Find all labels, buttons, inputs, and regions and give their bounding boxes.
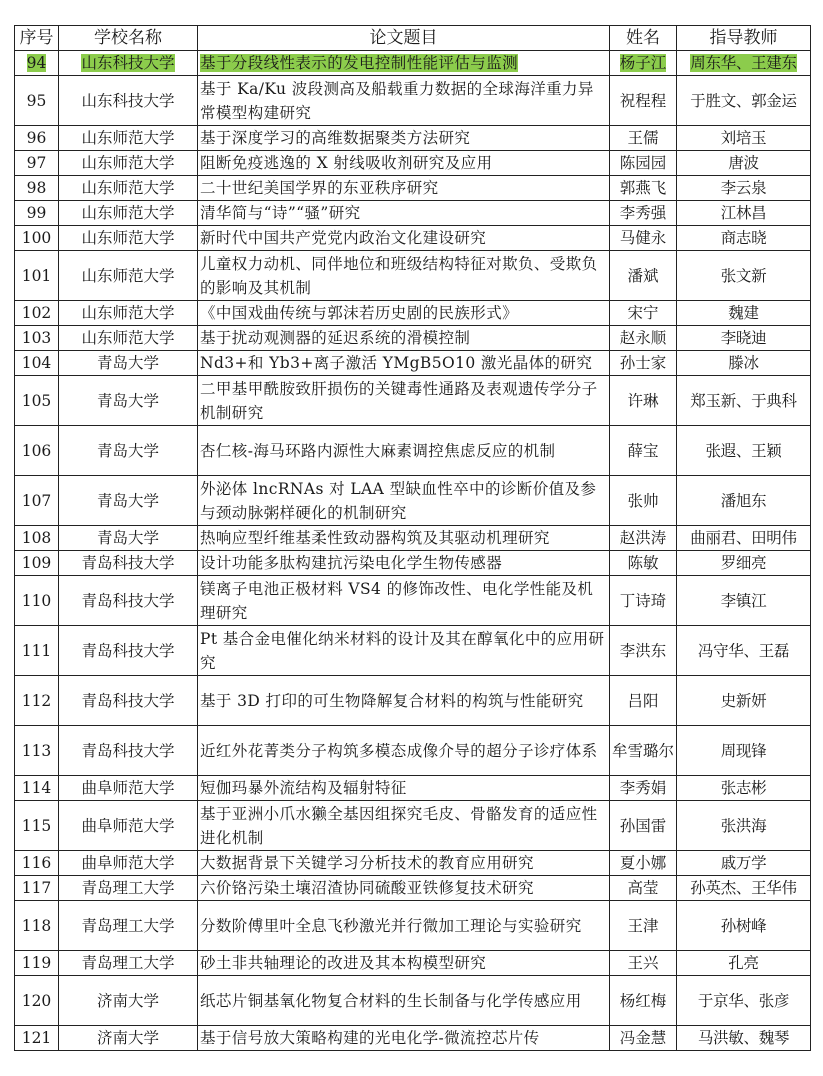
cell-school: 青岛理工大学: [59, 876, 198, 901]
cell-title: 分数阶傅里叶全息飞秒激光并行微加工理论与实验研究: [198, 901, 610, 951]
cell-name: 丁诗琦: [610, 576, 677, 626]
cell-no: 115: [15, 801, 59, 851]
cell-no: 100: [15, 226, 59, 251]
table-row: 108青岛大学热响应型纤维基柔性致动器构筑及其驱动机理研究赵洪涛曲丽君、田明伟: [15, 526, 811, 551]
table-row: 96山东师范大学基于深度学习的高维数据聚类方法研究王儒刘培玉: [15, 126, 811, 151]
cell-advisor: 于胜文、郭金运: [677, 76, 811, 126]
table-row: 98山东师范大学二十世纪美国学界的东亚秩序研究郭燕飞李云泉: [15, 176, 811, 201]
cell-name: 夏小娜: [610, 851, 677, 876]
cell-no: 113: [15, 726, 59, 776]
cell-school: 山东师范大学: [59, 126, 198, 151]
cell-no: 109: [15, 551, 59, 576]
cell-title: 基于 Ka/Ku 波段测高及船载重力数据的全球海洋重力异常模型构建研究: [198, 76, 610, 126]
header-row: 序号 学校名称 论文题目 姓名 指导教师: [15, 26, 811, 51]
table-row: 100山东师范大学新时代中国共产党党内政治文化建设研究马健永商志晓: [15, 226, 811, 251]
cell-advisor: 滕冰: [677, 351, 811, 376]
cell-advisor: 周现锋: [677, 726, 811, 776]
cell-school: 曲阜师范大学: [59, 776, 198, 801]
cell-school: 山东师范大学: [59, 176, 198, 201]
table-row: 116曲阜师范大学大数据背景下关键学习分析技术的教育应用研究夏小娜戚万学: [15, 851, 811, 876]
cell-advisor: 孙树峰: [677, 901, 811, 951]
cell-no: 96: [15, 126, 59, 151]
cell-no: 121: [15, 1026, 59, 1051]
cell-school: 济南大学: [59, 1026, 198, 1051]
cell-title: 外泌体 lncRNAs 对 LAA 型缺血性卒中的诊断价值及参与颈动脉粥样硬化的…: [198, 476, 610, 526]
table-row: 106青岛大学杏仁核-海马环路内源性大麻素调控焦虑反应的机制薛宝张遐、王颖: [15, 426, 811, 476]
cell-no: 111: [15, 626, 59, 676]
cell-title: 纸芯片铜基氧化物复合材料的生长制备与化学传感应用: [198, 976, 610, 1026]
cell-name: 王儒: [610, 126, 677, 151]
cell-title: 新时代中国共产党党内政治文化建设研究: [198, 226, 610, 251]
table-row: 94 山东科技大学 基于分段线性表示的发电控制性能评估与监测 杨子江 周东华、王…: [15, 51, 811, 76]
cell-name: 郭燕飞: [610, 176, 677, 201]
cell-no: 97: [15, 151, 59, 176]
cell-title: 基于 3D 打印的可生物降解复合材料的构筑与性能研究: [198, 676, 610, 726]
cell-name: 王兴: [610, 951, 677, 976]
table-row: 111青岛科技大学Pt 基合金电催化纳米材料的设计及其在醇氧化中的应用研究李洪东…: [15, 626, 811, 676]
table-row: 117青岛理工大学六价铬污染土壤沼渣协同硫酸亚铁修复技术研究高莹孙英杰、王华伟: [15, 876, 811, 901]
cell-no: 112: [15, 676, 59, 726]
cell-title: 基于扰动观测器的延迟系统的滑模控制: [198, 326, 610, 351]
cell-title: 《中国戏曲传统与郭沫若历史剧的民族形式》: [198, 301, 610, 326]
cell-title: Pt 基合金电催化纳米材料的设计及其在醇氧化中的应用研究: [198, 626, 610, 676]
table-row: 103山东师范大学基于扰动观测器的延迟系统的滑模控制赵永顺李晓迪: [15, 326, 811, 351]
table-row: 120济南大学纸芯片铜基氧化物复合材料的生长制备与化学传感应用杨红梅于京华、张彦: [15, 976, 811, 1026]
cell-name: 陈园园: [610, 151, 677, 176]
header-title: 论文题目: [198, 26, 610, 51]
cell-advisor: 罗细亮: [677, 551, 811, 576]
cell-school: 青岛大学: [59, 376, 198, 426]
cell-no: 108: [15, 526, 59, 551]
cell-name: 赵永顺: [610, 326, 677, 351]
cell-title: 清华简与“诗”“骚”研究: [198, 201, 610, 226]
cell-school: 山东师范大学: [59, 251, 198, 301]
table-row: 102山东师范大学《中国戏曲传统与郭沫若历史剧的民族形式》宋宁魏建: [15, 301, 811, 326]
table-row: 118青岛理工大学分数阶傅里叶全息飞秒激光并行微加工理论与实验研究王津孙树峰: [15, 901, 811, 951]
cell-school: 青岛大学: [59, 476, 198, 526]
cell-title: 基于亚洲小爪水獭全基因组探究毛皮、骨骼发育的适应性进化机制: [198, 801, 610, 851]
cell-no: 98: [15, 176, 59, 201]
cell-no: 120: [15, 976, 59, 1026]
cell-name: 薛宝: [610, 426, 677, 476]
cell-advisor: 孔亮: [677, 951, 811, 976]
cell-school: 曲阜师范大学: [59, 851, 198, 876]
cell-advisor: 于京华、张彦: [677, 976, 811, 1026]
table-row: 121济南大学基于信号放大策略构建的光电化学-微流控芯片传冯金慧马洪敏、魏琴: [15, 1026, 811, 1051]
cell-title: 儿童权力动机、同伴地位和班级结构特征对欺负、受欺负的影响及其机制: [198, 251, 610, 301]
cell-school: 青岛理工大学: [59, 901, 198, 951]
cell-no: 103: [15, 326, 59, 351]
cell-name: 许琳: [610, 376, 677, 426]
cell-school: 山东师范大学: [59, 326, 198, 351]
table-row: 113青岛科技大学近红外花菁类分子构筑多模态成像介导的超分子诊疗体系牟雪璐尔周现…: [15, 726, 811, 776]
cell-advisor: 商志晓: [677, 226, 811, 251]
cell-name: 高莹: [610, 876, 677, 901]
cell-school: 山东师范大学: [59, 201, 198, 226]
cell-no: 106: [15, 426, 59, 476]
cell-no: 94: [15, 51, 59, 76]
cell-name: 陈敏: [610, 551, 677, 576]
cell-name: 孙国雷: [610, 801, 677, 851]
cell-advisor: 李镇江: [677, 576, 811, 626]
cell-title: 热响应型纤维基柔性致动器构筑及其驱动机理研究: [198, 526, 610, 551]
cell-advisor: 戚万学: [677, 851, 811, 876]
cell-school: 山东师范大学: [59, 151, 198, 176]
cell-no: 95: [15, 76, 59, 126]
cell-advisor: 马洪敏、魏琴: [677, 1026, 811, 1051]
cell-school: 山东科技大学: [59, 76, 198, 126]
cell-advisor: 江林昌: [677, 201, 811, 226]
cell-no: 110: [15, 576, 59, 626]
table-row: 99山东师范大学清华简与“诗”“骚”研究李秀强江林昌: [15, 201, 811, 226]
cell-no: 101: [15, 251, 59, 301]
cell-name: 宋宁: [610, 301, 677, 326]
cell-name: 杨红梅: [610, 976, 677, 1026]
cell-school: 青岛大学: [59, 351, 198, 376]
cell-name: 马健永: [610, 226, 677, 251]
cell-title: 砂土非共轴理论的改进及其本构模型研究: [198, 951, 610, 976]
cell-advisor: 史新妍: [677, 676, 811, 726]
cell-title: 阻断免疫逃逸的 X 射线吸收剂研究及应用: [198, 151, 610, 176]
cell-no: 118: [15, 901, 59, 951]
cell-name: 冯金慧: [610, 1026, 677, 1051]
cell-title: 基于信号放大策略构建的光电化学-微流控芯片传: [198, 1026, 610, 1051]
cell-school: 青岛科技大学: [59, 551, 198, 576]
cell-title: 近红外花菁类分子构筑多模态成像介导的超分子诊疗体系: [198, 726, 610, 776]
cell-title: 大数据背景下关键学习分析技术的教育应用研究: [198, 851, 610, 876]
header-advisor: 指导教师: [677, 26, 811, 51]
cell-school: 青岛理工大学: [59, 951, 198, 976]
cell-advisor: 孙英杰、王华伟: [677, 876, 811, 901]
cell-name: 潘斌: [610, 251, 677, 301]
cell-name: 孙士家: [610, 351, 677, 376]
cell-advisor: 李云泉: [677, 176, 811, 201]
table-row: 115曲阜师范大学基于亚洲小爪水獭全基因组探究毛皮、骨骼发育的适应性进化机制孙国…: [15, 801, 811, 851]
cell-no: 117: [15, 876, 59, 901]
cell-school: 青岛科技大学: [59, 626, 198, 676]
cell-name: 牟雪璐尔: [610, 726, 677, 776]
cell-advisor: 唐波: [677, 151, 811, 176]
awards-table: 序号 学校名称 论文题目 姓名 指导教师 94 山东科技大学 基于分段线性表示的…: [14, 25, 811, 1051]
cell-no: 104: [15, 351, 59, 376]
cell-advisor: 郑玉新、于典科: [677, 376, 811, 426]
table-row: 105青岛大学二甲基甲酰胺致肝损伤的关键毒性通路及表观遗传学分子机制研究许琳郑玉…: [15, 376, 811, 426]
cell-name: 赵洪涛: [610, 526, 677, 551]
table-row: 104青岛大学Nd3+和 Yb3+离子激活 YMgB5O10 激光晶体的研究孙士…: [15, 351, 811, 376]
cell-advisor: 张文新: [677, 251, 811, 301]
cell-name: 李秀娟: [610, 776, 677, 801]
cell-school: 青岛科技大学: [59, 576, 198, 626]
header-no: 序号: [15, 26, 59, 51]
table-row: 101山东师范大学儿童权力动机、同伴地位和班级结构特征对欺负、受欺负的影响及其机…: [15, 251, 811, 301]
cell-name: 杨子江: [610, 51, 677, 76]
cell-title: 短伽玛暴外流结构及辐射特征: [198, 776, 610, 801]
cell-school: 济南大学: [59, 976, 198, 1026]
cell-title: 设计功能多肽构建抗污染电化学生物传感器: [198, 551, 610, 576]
cell-no: 99: [15, 201, 59, 226]
cell-school: 青岛科技大学: [59, 676, 198, 726]
cell-advisor: 魏建: [677, 301, 811, 326]
cell-school: 山东师范大学: [59, 226, 198, 251]
cell-no: 102: [15, 301, 59, 326]
cell-advisor: 潘旭东: [677, 476, 811, 526]
cell-no: 107: [15, 476, 59, 526]
cell-title: 杏仁核-海马环路内源性大麻素调控焦虑反应的机制: [198, 426, 610, 476]
cell-advisor: 张志彬: [677, 776, 811, 801]
cell-advisor: 张遐、王颖: [677, 426, 811, 476]
cell-advisor: 曲丽君、田明伟: [677, 526, 811, 551]
header-school: 学校名称: [59, 26, 198, 51]
cell-no: 116: [15, 851, 59, 876]
cell-advisor: 李晓迪: [677, 326, 811, 351]
table-row: 97山东师范大学阻断免疫逃逸的 X 射线吸收剂研究及应用陈园园唐波: [15, 151, 811, 176]
table-body: 94 山东科技大学 基于分段线性表示的发电控制性能评估与监测 杨子江 周东华、王…: [15, 51, 811, 1051]
cell-school: 青岛科技大学: [59, 726, 198, 776]
table-row: 112青岛科技大学基于 3D 打印的可生物降解复合材料的构筑与性能研究吕阳史新妍: [15, 676, 811, 726]
table-row: 119青岛理工大学砂土非共轴理论的改进及其本构模型研究王兴孔亮: [15, 951, 811, 976]
cell-school: 青岛大学: [59, 426, 198, 476]
cell-name: 李洪东: [610, 626, 677, 676]
cell-title: 镁离子电池正极材料 VS4 的修饰改性、电化学性能及机理研究: [198, 576, 610, 626]
cell-name: 李秀强: [610, 201, 677, 226]
cell-title: 基于深度学习的高维数据聚类方法研究: [198, 126, 610, 151]
cell-school: 曲阜师范大学: [59, 801, 198, 851]
cell-no: 114: [15, 776, 59, 801]
table-row: 109青岛科技大学设计功能多肽构建抗污染电化学生物传感器陈敏罗细亮: [15, 551, 811, 576]
cell-advisor: 张洪海: [677, 801, 811, 851]
cell-school: 山东科技大学: [59, 51, 198, 76]
cell-advisor: 冯守华、王磊: [677, 626, 811, 676]
cell-name: 吕阳: [610, 676, 677, 726]
cell-school: 山东师范大学: [59, 301, 198, 326]
cell-advisor: 刘培玉: [677, 126, 811, 151]
cell-name: 王津: [610, 901, 677, 951]
cell-title: 二甲基甲酰胺致肝损伤的关键毒性通路及表观遗传学分子机制研究: [198, 376, 610, 426]
cell-no: 119: [15, 951, 59, 976]
table-row: 110青岛科技大学镁离子电池正极材料 VS4 的修饰改性、电化学性能及机理研究丁…: [15, 576, 811, 626]
cell-school: 青岛大学: [59, 526, 198, 551]
cell-title: 六价铬污染土壤沼渣协同硫酸亚铁修复技术研究: [198, 876, 610, 901]
header-name: 姓名: [610, 26, 677, 51]
cell-title: 基于分段线性表示的发电控制性能评估与监测: [198, 51, 610, 76]
cell-name: 张帅: [610, 476, 677, 526]
cell-no: 105: [15, 376, 59, 426]
cell-title: Nd3+和 Yb3+离子激活 YMgB5O10 激光晶体的研究: [198, 351, 610, 376]
table-row: 95山东科技大学基于 Ka/Ku 波段测高及船载重力数据的全球海洋重力异常模型构…: [15, 76, 811, 126]
table-row: 107青岛大学外泌体 lncRNAs 对 LAA 型缺血性卒中的诊断价值及参与颈…: [15, 476, 811, 526]
cell-name: 祝程程: [610, 76, 677, 126]
cell-title: 二十世纪美国学界的东亚秩序研究: [198, 176, 610, 201]
cell-advisor: 周东华、王建东: [677, 51, 811, 76]
table-row: 114曲阜师范大学短伽玛暴外流结构及辐射特征李秀娟张志彬: [15, 776, 811, 801]
